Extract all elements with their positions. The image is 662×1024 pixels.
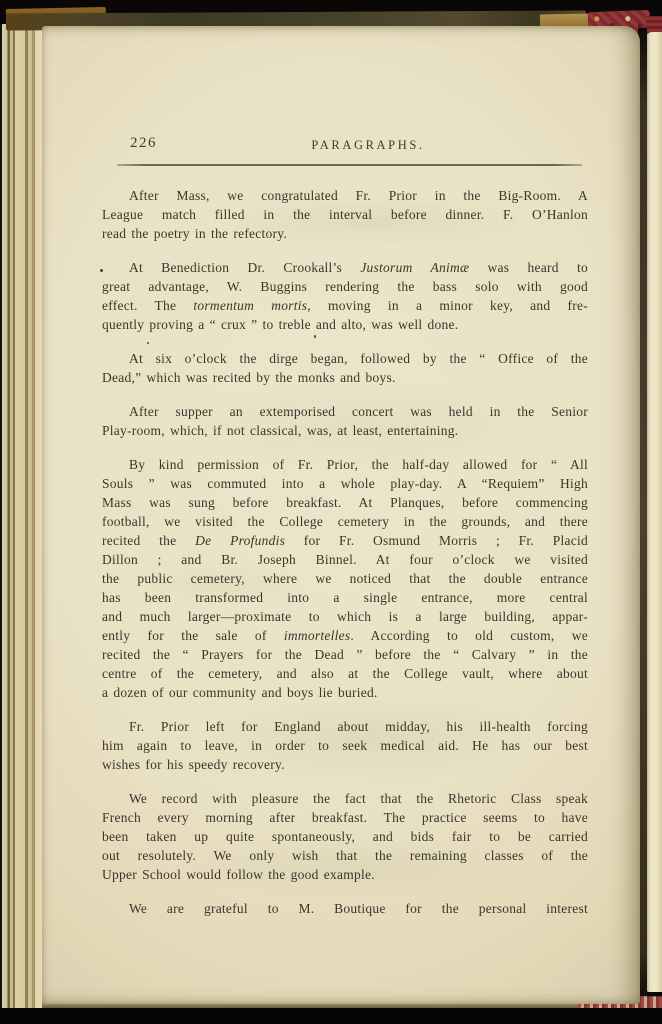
text-segment: and much larger—proximate to which is a … [102, 609, 588, 624]
text-line: great advantage, W. Buggins rendering th… [102, 277, 588, 296]
paragraph: At six o’clock the dirge began, followed… [102, 349, 588, 387]
text-segment: Play-room, which, if not classical, was,… [102, 423, 458, 438]
text-line: recited the “ Prayers for the Dead ” bef… [102, 645, 588, 664]
text-line: football, we visited the College cemeter… [102, 512, 588, 531]
text-segment: has been transformed into a single entra… [102, 590, 588, 605]
text-segment: At Benediction Dr. Crookall’s [129, 260, 360, 275]
text-line: Upper School would follow the good examp… [102, 865, 588, 884]
book-scan: 226 PARAGRAPHS. After Mass, we congratul… [0, 0, 662, 1024]
paragraph: After Mass, we congratulated Fr. Prior i… [102, 186, 588, 243]
stacked-page-edges-left [0, 24, 44, 1014]
text-line: read the poetry in the refectory. [102, 224, 588, 243]
text-line: After Mass, we congratulated Fr. Prior i… [102, 186, 588, 205]
text-line: centre of the cemetery, and also at the … [102, 664, 588, 683]
italic-text: tormentum mortis [193, 298, 307, 313]
text-segment: League match filled in the interval befo… [102, 207, 588, 222]
next-page-edge [646, 32, 662, 992]
text-line: At Benediction Dr. Crookall’s Justorum A… [102, 258, 588, 277]
text-segment: effect. The [102, 298, 193, 313]
text-segment: been taken up quite spontaneously, and b… [102, 829, 588, 844]
running-title: PARAGRAPHS. [96, 138, 640, 153]
text-line: recited the De Profundis for Fr. Osmund … [102, 531, 588, 550]
text-line: By kind permission of Fr. Prior, the hal… [102, 455, 588, 474]
text-segment: was heard to [469, 260, 588, 275]
text-line: effect. The tormentum mortis, moving in … [102, 296, 588, 315]
text-line: and much larger—proximate to which is a … [102, 607, 588, 626]
scan-background-bottom [0, 1008, 662, 1024]
text-line: Play-room, which, if not classical, was,… [102, 421, 588, 440]
text-line: quently proving a “ crux ” to treble and… [102, 315, 588, 334]
text-line: ently for the sale of immortelles. Accor… [102, 626, 588, 645]
text-segment: wishes for his speedy recovery. [102, 757, 285, 772]
text-segment: By kind permission of Fr. Prior, the hal… [129, 457, 588, 472]
text-segment: Upper School would follow the good examp… [102, 867, 375, 882]
text-line: Dillon ; and Br. Joseph Binnel. At four … [102, 550, 588, 569]
paragraph: Fr. Prior left for England about midday,… [102, 717, 588, 774]
text-segment: After Mass, we congratulated Fr. Prior i… [129, 188, 588, 203]
italic-text: immortelles [284, 628, 351, 643]
book-page: 226 PARAGRAPHS. After Mass, we congratul… [42, 26, 640, 1004]
text-segment: , moving in a minor key, and fre- [307, 298, 588, 313]
paragraph: We record with pleasure the fact that th… [102, 789, 588, 884]
header-rule [117, 164, 582, 166]
text-segment: great advantage, W. Buggins rendering th… [102, 279, 588, 294]
text-segment: At six o’clock the dirge began, followed… [129, 351, 588, 366]
paragraph: By kind permission of Fr. Prior, the hal… [102, 455, 588, 702]
text-line: At six o’clock the dirge began, followed… [102, 349, 588, 368]
text-line: him again to leave, in order to seek med… [102, 736, 588, 755]
text-segment: for Fr. Osmund Morris ; Fr. Placid [285, 533, 588, 548]
paragraph: At Benediction Dr. Crookall’s Justorum A… [102, 258, 588, 334]
text-block: After Mass, we congratulated Fr. Prior i… [102, 186, 588, 918]
paragraph: After supper an extemporised concert was… [102, 402, 588, 440]
text-segment: We record with pleasure the fact that th… [129, 791, 588, 806]
text-segment: football, we visited the College cemeter… [102, 514, 588, 529]
text-line: been taken up quite spontaneously, and b… [102, 827, 588, 846]
text-segment: the public cemetery, where we noticed th… [102, 571, 588, 586]
text-line: We record with pleasure the fact that th… [102, 789, 588, 808]
text-segment: quently proving a “ crux ” to treble and… [102, 317, 458, 332]
text-segment: read the poetry in the refectory. [102, 226, 287, 241]
text-segment: out resolutely. We only wish that the re… [102, 848, 588, 863]
text-segment: . According to old custom, we [350, 628, 588, 643]
text-line: wishes for his speedy recovery. [102, 755, 588, 774]
italic-text: De Profundis [195, 533, 285, 548]
text-segment: Mass was sung before breakfast. At Planq… [102, 495, 588, 510]
text-segment: recited the “ Prayers for the Dead ” bef… [102, 647, 588, 662]
text-line: After supper an extemporised concert was… [102, 402, 588, 421]
text-segment: Dillon ; and Br. Joseph Binnel. At four … [102, 552, 588, 567]
text-line: French every morning after breakfast. Th… [102, 808, 588, 827]
text-segment: ently for the sale of [102, 628, 284, 643]
text-line: out resolutely. We only wish that the re… [102, 846, 588, 865]
text-segment: Dead,” which was recited by the monks an… [102, 370, 396, 385]
text-segment: Souls ” was commuted into a whole play-d… [102, 476, 588, 491]
italic-text: Justorum Animæ [360, 260, 469, 275]
text-segment: recited the [102, 533, 195, 548]
text-segment: We are grateful to M. Boutique for the p… [129, 901, 588, 916]
text-line: a dozen of our community and boys lie bu… [102, 683, 588, 702]
text-segment: After supper an extemporised concert was… [129, 404, 588, 419]
text-segment: French every morning after breakfast. Th… [102, 810, 588, 825]
text-segment: a dozen of our community and boys lie bu… [102, 685, 378, 700]
paragraph: We are grateful to M. Boutique for the p… [102, 899, 588, 918]
text-line: has been transformed into a single entra… [102, 588, 588, 607]
text-segment: him again to leave, in order to seek med… [102, 738, 588, 753]
text-segment: centre of the cemetery, and also at the … [102, 666, 588, 681]
text-segment: Fr. Prior left for England about midday,… [129, 719, 588, 734]
text-line: the public cemetery, where we noticed th… [102, 569, 588, 588]
text-line: Souls ” was commuted into a whole play-d… [102, 474, 588, 493]
text-line: We are grateful to M. Boutique for the p… [102, 899, 588, 918]
text-line: Dead,” which was recited by the monks an… [102, 368, 588, 387]
text-line: Fr. Prior left for England about midday,… [102, 717, 588, 736]
text-line: Mass was sung before breakfast. At Planq… [102, 493, 588, 512]
text-line: League match filled in the interval befo… [102, 205, 588, 224]
